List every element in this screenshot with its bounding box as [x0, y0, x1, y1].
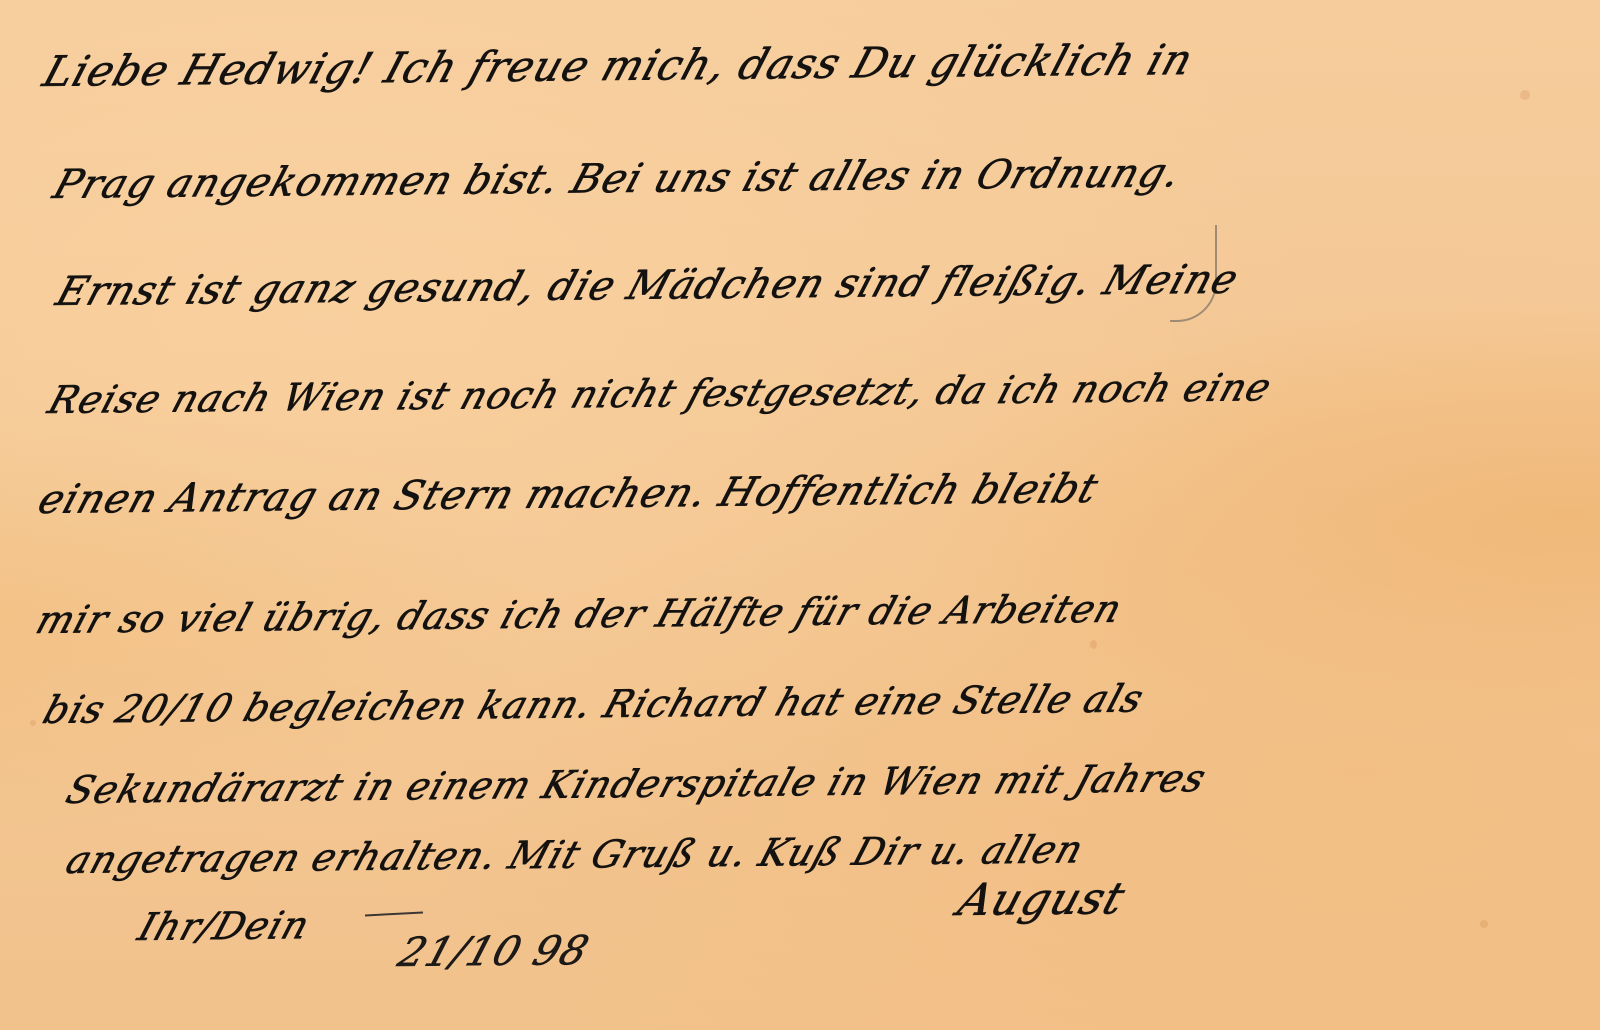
letter-line-9: angetragen erhalten. Mit Gruß u. Kuß Dir… [62, 829, 1089, 880]
letter-line-8: Sekundärarzt in einem Kinderspitale in W… [62, 758, 1212, 810]
letter-line-4: Reise nach Wien ist noch nicht festgeset… [44, 367, 1277, 420]
date: 21/10 98 [393, 928, 595, 976]
letter-line-7: bis 20/10 begleichen kann. Richard hat e… [39, 679, 1149, 730]
paper-stain [1090, 640, 1097, 649]
closing-word: Ihr/Dein [133, 903, 315, 949]
letter-line-2: Prag angekommen bist. Bei uns ist alles … [49, 153, 1186, 205]
paper-stain [30, 720, 36, 726]
paper-stain [1520, 90, 1530, 100]
date-overline [365, 911, 423, 916]
postcard: Liebe Hedwig! Ich freue mich, dass Du gl… [0, 0, 1600, 1030]
signature: August [952, 873, 1131, 926]
paper-stain [1480, 920, 1488, 928]
letter-line-3: Ernst ist ganz gesund, die Mädchen sind … [52, 260, 1244, 312]
letter-line-6: mir so viel übrig, dass ich der Hälfte f… [32, 589, 1128, 640]
letter-line-1: Liebe Hedwig! Ich freue mich, dass Du gl… [39, 40, 1198, 92]
letter-line-5: einen Antrag an Stern machen. Hoffentlic… [34, 469, 1103, 520]
